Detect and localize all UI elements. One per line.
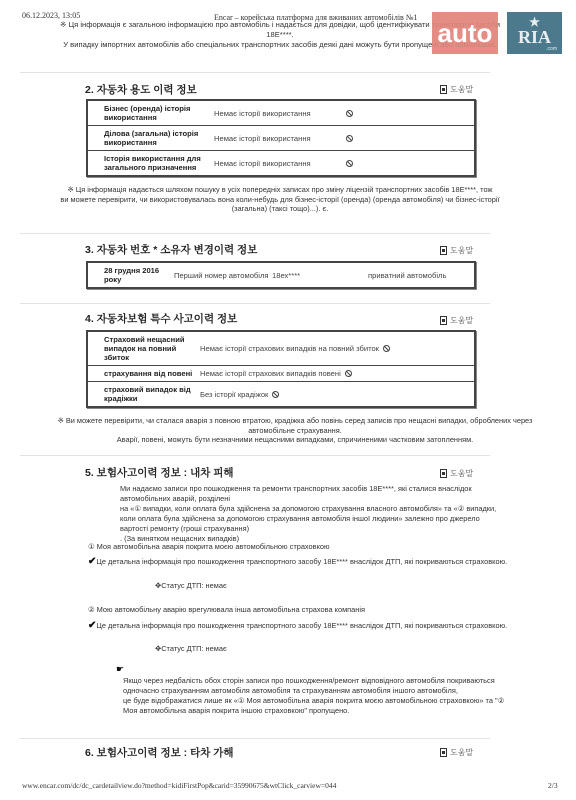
section2-note: ※ Ця інформація надається шляхом пошуку … [50, 185, 510, 214]
section2-title: 2. 자동차 용도 이력 정보 [85, 82, 197, 97]
footnote-line-1: Якщо через недбалість обох сторін записи… [123, 676, 508, 696]
help-book-icon [440, 85, 447, 94]
section-divider [20, 303, 490, 304]
help-book-icon [440, 316, 447, 325]
section6-help-button[interactable]: 도움말 [440, 747, 473, 758]
section4-title: 4. 자동차보험 특수 사고이력 정보 [85, 311, 237, 326]
section3-table: 28 грудня 2016 року Перший номер автомоб… [86, 261, 476, 289]
table-row: Історія використання для загального приз… [88, 151, 474, 175]
section4-note: ※ Ви можете перевірити, чи сталася аварі… [55, 416, 535, 445]
help-book-icon [440, 246, 447, 255]
row-label: страхування від повені [88, 369, 200, 378]
no-history-icon [383, 345, 390, 352]
table-row: Страховий нещасний випадок на повний зби… [88, 332, 474, 366]
section-divider [20, 455, 490, 456]
help-label: 도움말 [450, 468, 473, 479]
table-row: Бізнес (оренда) історія використання Нем… [88, 101, 474, 126]
help-label: 도움말 [450, 245, 473, 256]
case2-heading: ② Мою автомобільну аварію врегулювала ін… [88, 605, 508, 615]
auto-logo: auto [432, 12, 498, 54]
section-divider [20, 738, 490, 739]
no-history-icon [346, 160, 353, 167]
row-value: Без історії крадіжок [200, 390, 268, 399]
section2-help-button[interactable]: 도움말 [440, 84, 473, 95]
note-line-2: Аварії, повені, можуть бути незначними н… [55, 435, 535, 445]
row-label: Бізнес (оренда) історія використання [88, 104, 214, 122]
table-row: страховий випадок від крадіжки Без істор… [88, 382, 474, 406]
print-date: 06.12.2023, 13:05 [22, 11, 80, 20]
case2-detail: ✔Це детальна інформація про пошкодження … [88, 621, 508, 631]
note-line-1: ※ Ця інформація надається шляхом пошуку … [50, 185, 510, 195]
row-value: Немає історії страхових випадків на повн… [200, 344, 379, 353]
case2-status: ✥Статус ДТП: немає [155, 644, 227, 654]
case1-detail: ✔Це детальна інформація про пошкодження … [88, 557, 508, 567]
footer-url: www.encar.com/dc/dc_cardetailview.do?met… [22, 781, 336, 790]
section2-table: Бізнес (оренда) історія використання Нем… [86, 99, 476, 177]
help-label: 도움말 [450, 315, 473, 326]
intro-line-1: Ми надаємо записи про пошкодження та рем… [120, 484, 500, 504]
section5-intro: Ми надаємо записи про пошкодження та рем… [120, 484, 500, 544]
row-value: Немає історії використання [214, 159, 346, 168]
table-row: 28 грудня 2016 року Перший номер автомоб… [88, 263, 474, 287]
change-event: Перший номер автомобіля [174, 271, 272, 280]
page-number: 2/3 [548, 781, 558, 790]
section-divider [20, 233, 490, 234]
plate-number: 18ех**** [272, 271, 368, 280]
vehicle-type: приватний автомобіль [368, 271, 468, 280]
row-value: Немає історії використання [214, 109, 346, 118]
ria-logo-domain: .com [546, 46, 557, 52]
section5-footnote: Якщо через недбалість обох сторін записи… [123, 676, 508, 716]
ria-logo: ★ RIA .com [507, 12, 562, 54]
case1-status-text: Статус ДТП: немає [161, 581, 227, 590]
row-label: Ділова (загальна) історія використання [88, 129, 214, 147]
row-value: Немає історії страхових випадків повені [200, 369, 341, 378]
case2-status-text: Статус ДТП: немає [161, 644, 227, 653]
case1-heading: ① Моя автомобільна аварія покрита моєю а… [88, 542, 508, 552]
intro-line-2: на «① випадки, коли оплата була здійснен… [120, 504, 500, 534]
section4-table: Страховий нещасний випадок на повний зби… [86, 330, 476, 408]
help-label: 도움말 [450, 747, 473, 758]
section4-help-button[interactable]: 도움말 [440, 315, 473, 326]
help-book-icon [440, 469, 447, 478]
no-history-icon [345, 370, 352, 377]
note-line-1: ※ Ви можете перевірити, чи сталася аварі… [55, 416, 535, 435]
section5-title: 5. 보험사고이력 정보 : 내차 피해 [85, 465, 234, 480]
footnote-line-2: це буде відображатися лише як «① Моя авт… [123, 696, 508, 716]
row-label: Страховий нещасний випадок на повний зби… [88, 335, 200, 362]
case1-detail-text: Це детальна інформація про пошкодження т… [96, 557, 507, 566]
table-row: страхування від повені Немає історії стр… [88, 366, 474, 382]
section6-title: 6. 보험사고이력 정보 : 타차 가해 [85, 745, 234, 760]
help-label: 도움말 [450, 84, 473, 95]
no-history-icon [346, 110, 353, 117]
table-row: Ділова (загальна) історія використання Н… [88, 126, 474, 151]
no-history-icon [346, 135, 353, 142]
row-label: Історія використання для загального приз… [88, 154, 214, 172]
no-history-icon [272, 391, 279, 398]
note-line-2: ви можете перевірити, чи використовувала… [50, 195, 510, 214]
pointer-hand-icon: ☛ [116, 664, 124, 675]
section3-help-button[interactable]: 도움말 [440, 245, 473, 256]
help-book-icon [440, 748, 447, 757]
section-divider [20, 72, 490, 73]
row-value: Немає історії використання [214, 134, 346, 143]
section5-help-button[interactable]: 도움말 [440, 468, 473, 479]
case1-status: ✥Статус ДТП: немає [155, 581, 227, 591]
case2-detail-text: Це детальна інформація про пошкодження т… [96, 621, 507, 630]
section3-title: 3. 자동차 번호 * 소유자 변경이력 정보 [85, 242, 257, 257]
ria-logo-text: RIA [507, 29, 562, 45]
row-label: страховий випадок від крадіжки [88, 385, 200, 403]
change-date: 28 грудня 2016 року [88, 266, 174, 284]
